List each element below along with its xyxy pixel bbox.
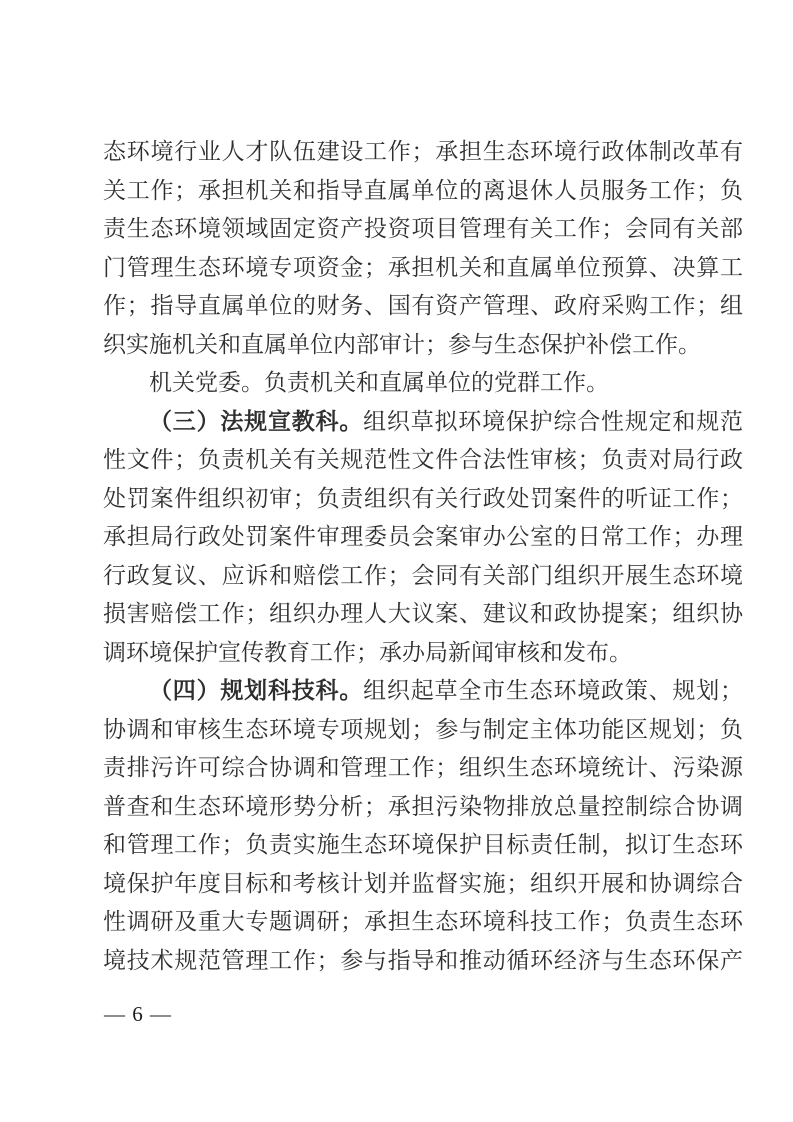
body-line: 普查和生态环境形势分析；承担污染物排放总量控制综合协调 bbox=[103, 788, 743, 827]
section-heading-fagui-xuanjiao: （三）法规宣教科。 bbox=[149, 409, 363, 434]
body-line: 损害赔偿工作；组织办理人大议案、建议和政协提案；组织协 bbox=[103, 595, 743, 634]
body-line: 承担局行政处罚案件审理委员会案审办公室的日常工作；办理 bbox=[103, 518, 743, 557]
body-line: 性文件；负责机关有关规范性文件合法性审核；负责对局行政 bbox=[103, 441, 743, 480]
body-line: 境保护年度目标和考核计划并监督实施；组织开展和协调综合 bbox=[103, 865, 743, 904]
section-heading-rest: 组织起草全市生态环境政策、规划； bbox=[363, 678, 743, 703]
document-page: 态环境行业人才队伍建设工作；承担生态环境行政体制改革有 关工作；承担机关和指导直… bbox=[0, 0, 793, 1122]
body-line: 境技术规范管理工作；参与指导和推动循环经济与生态环保产 bbox=[103, 942, 743, 981]
body-line: 协调和审核生态环境专项规划；参与制定主体功能区规划；负 bbox=[103, 711, 743, 750]
body-line: 态环境行业人才队伍建设工作；承担生态环境行政体制改革有 bbox=[103, 133, 743, 172]
body-line-paragraph-end: 织实施机关和直属单位内部审计；参与生态保护补偿工作。 bbox=[103, 326, 743, 365]
body-line: 性调研及重大专题调研；承担生态环境科技工作；负责生态环 bbox=[103, 903, 743, 942]
body-line-paragraph: 机关党委。负责机关和直属单位的党群工作。 bbox=[103, 364, 743, 403]
body-line: 门管理生态环境专项资金；承担机关和直属单位预算、决算工 bbox=[103, 249, 743, 288]
body-line: 责排污许可综合协调和管理工作；组织生态环境统计、污染源 bbox=[103, 749, 743, 788]
body-line: 和管理工作；负责实施生态环境保护目标责任制，拟订生态环 bbox=[103, 826, 743, 865]
body-line: 行政复议、应诉和赔偿工作；会同有关部门组织开展生态环境 bbox=[103, 557, 743, 596]
document-body: 态环境行业人才队伍建设工作；承担生态环境行政体制改革有 关工作；承担机关和指导直… bbox=[103, 133, 743, 980]
section-heading-guihua-keji: （四）规划科技科。 bbox=[149, 678, 363, 703]
page-number: — 6 — bbox=[104, 1001, 172, 1027]
body-line: 责生态环境领域固定资产投资项目管理有关工作；会同有关部 bbox=[103, 210, 743, 249]
body-line: 处罚案件组织初审；负责组织有关行政处罚案件的听证工作； bbox=[103, 480, 743, 519]
body-line: 作；指导直属单位的财务、国有资产管理、政府采购工作；组 bbox=[103, 287, 743, 326]
body-line-paragraph-end: 调环境保护宣传教育工作；承办局新闻审核和发布。 bbox=[103, 634, 743, 673]
section-heading-line: （四）规划科技科。组织起草全市生态环境政策、规划； bbox=[103, 672, 743, 711]
body-line: 关工作；承担机关和指导直属单位的离退休人员服务工作；负 bbox=[103, 172, 743, 211]
section-heading-line: （三）法规宣教科。组织草拟环境保护综合性规定和规范 bbox=[103, 403, 743, 442]
section-heading-rest: 组织草拟环境保护综合性规定和规范 bbox=[363, 409, 743, 434]
